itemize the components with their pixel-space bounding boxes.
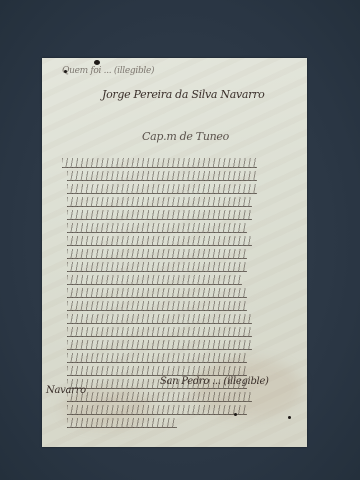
ink-blot: [94, 60, 100, 65]
addressee-line: Jorge Pereira da Silva Navarro: [102, 88, 264, 101]
ink-speck: [288, 416, 291, 419]
salutation: Cap.m de Tuneo: [142, 130, 229, 143]
ink-speck: [64, 70, 67, 73]
signature-right: San Pedro ... (illegible): [160, 376, 269, 387]
manuscript-page: Quem foi ... (illegible) Jorge Pereira d…: [42, 58, 307, 447]
ink-speck: [234, 413, 237, 416]
signature-left: Navarro: [46, 385, 86, 396]
header-line: Quem foi ... (illegible): [62, 66, 154, 76]
